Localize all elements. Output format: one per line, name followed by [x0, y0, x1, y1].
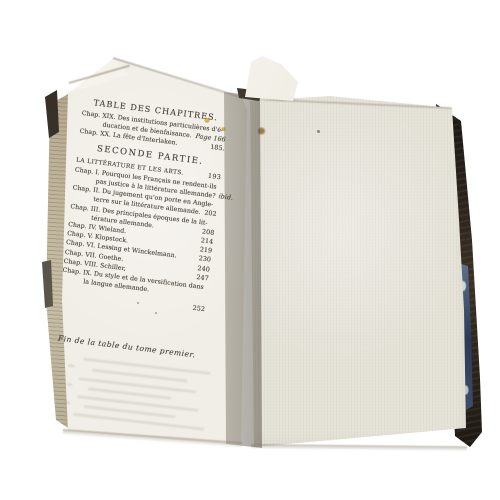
ink-speck-right-page	[317, 130, 320, 133]
book-photo: TABLE DES CHAPITRES. Chap. XIX. Des inst…	[0, 0, 500, 500]
right-page-bottom-edge	[251, 444, 467, 451]
page-number: 252	[189, 304, 205, 315]
page-number: 193	[204, 171, 221, 182]
table-of-contents: TABLE DES CHAPITRES. Chap. XIX. Des inst…	[54, 96, 229, 360]
page-number: 185.	[207, 143, 225, 154]
